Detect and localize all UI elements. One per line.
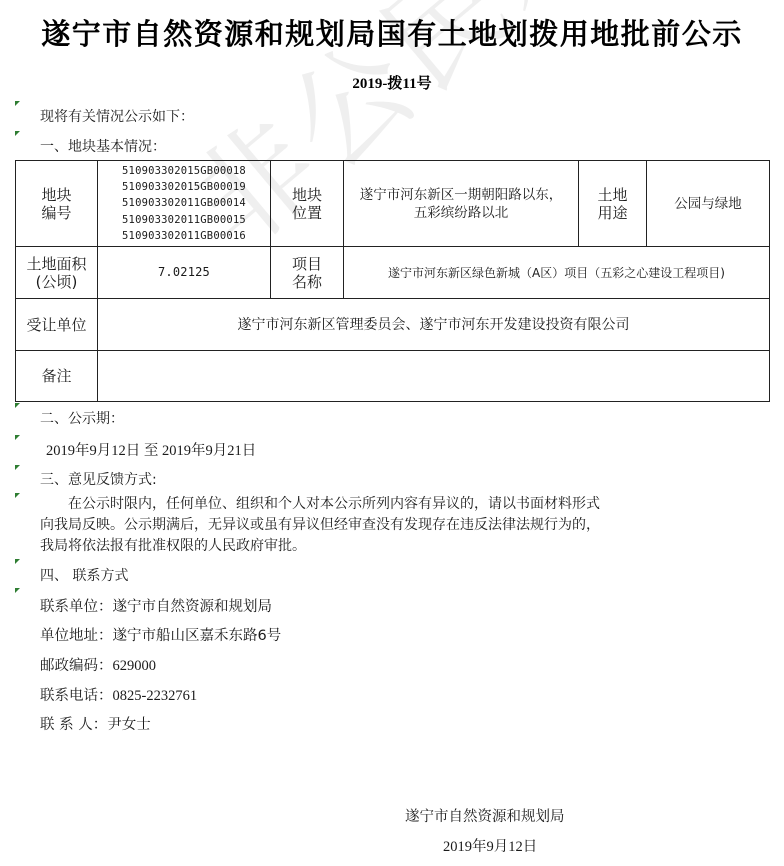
- table-row: 备注: [16, 351, 770, 402]
- contact-value: 尹女士: [107, 717, 151, 733]
- paragraph-marker-icon: [15, 493, 20, 498]
- project-name-value: 遂宁市河东新区绿色新城（A区）项目（五彩之心建设工程项目): [344, 247, 770, 299]
- parcel-number-list: 510903302015GB00018 510903302015GB00019 …: [98, 161, 271, 247]
- publicity-period: 2019年9月12日 至 2019年9月21日: [46, 439, 256, 460]
- contact-row: 联系单位：遂宁市自然资源和规划局: [40, 595, 272, 616]
- contact-value: 遂宁市船山区嘉禾东路6号: [113, 628, 282, 644]
- parcel-number: 510903302015GB00018: [98, 163, 270, 179]
- parcel-number: 510903302011GB00016: [98, 228, 270, 244]
- area-label: 土地面积 (公顷): [16, 247, 98, 299]
- contact-value: 遂宁市自然资源和规划局: [113, 599, 273, 615]
- document-title: 遂宁市自然资源和规划局国有土地划拨用地批前公示: [0, 12, 784, 53]
- section3-heading: 三、意见反馈方式:: [40, 469, 157, 489]
- contact-label: 邮政编码：: [40, 658, 113, 674]
- section1-heading: 一、地块基本情况：: [40, 136, 166, 156]
- paragraph-marker-icon: [15, 101, 20, 106]
- parcel-info-table: 地块 编号 510903302015GB00018 510903302015GB…: [15, 160, 770, 402]
- section4-heading: 四、 联系方式: [40, 565, 128, 585]
- paragraph-marker-icon: [15, 403, 20, 408]
- feedback-paragraph-line: 向我局反映。公示期满后，无异议或虽有异议但经审查没有发现存在违反法律法规行为的，: [40, 516, 600, 535]
- paragraph-marker-icon: [15, 131, 20, 136]
- parcel-number: 510903302015GB00019: [98, 179, 270, 195]
- document-number: 2019-拨11号: [0, 72, 784, 93]
- contact-value: 0825-2232761: [113, 688, 198, 704]
- paragraph-marker-icon: [15, 588, 20, 593]
- feedback-paragraph-line: 我局将依法报有批准权限的人民政府审批。: [40, 537, 306, 556]
- table-row: 地块 编号 510903302015GB00018 510903302015GB…: [16, 161, 770, 247]
- remarks-value: [98, 351, 770, 402]
- contact-row: 联 系 人：尹女士: [40, 713, 151, 734]
- parcel-number-label: 地块 编号: [16, 161, 98, 247]
- location-value: 遂宁市河东新区一期朝阳路以东， 五彩缤纷路以北: [344, 161, 579, 247]
- land-use-label: 土地 用途: [579, 161, 647, 247]
- parcel-number: 510903302011GB00015: [98, 212, 270, 228]
- feedback-paragraph-line: 在公示时限内，任何单位、组织和个人对本公示所列内容有异议的，请以书面材料形式: [68, 495, 600, 514]
- land-use-value: 公园与绿地: [647, 161, 770, 247]
- area-value: 7.02125: [98, 247, 271, 299]
- section2-heading: 二、公示期：: [40, 408, 124, 428]
- contact-row: 单位地址：遂宁市船山区嘉禾东路6号: [40, 624, 281, 645]
- intro-text: 现将有关情况公示如下：: [40, 106, 194, 126]
- contact-row: 联系电话：0825-2232761: [40, 684, 197, 705]
- contact-value: 629000: [113, 658, 157, 674]
- location-label: 地块 位置: [271, 161, 344, 247]
- contact-label: 联系单位：: [40, 599, 113, 615]
- paragraph-marker-icon: [15, 465, 20, 470]
- contact-label: 联 系 人：: [40, 717, 107, 733]
- remarks-label: 备注: [16, 351, 98, 402]
- project-name-label: 项目 名称: [271, 247, 344, 299]
- grantee-value: 遂宁市河东新区管理委员会、遂宁市河东开发建设投资有限公司: [98, 299, 770, 351]
- paragraph-marker-icon: [15, 559, 20, 564]
- parcel-number: 510903302011GB00014: [98, 195, 270, 211]
- contact-label: 联系电话：: [40, 688, 113, 704]
- contact-label: 单位地址：: [40, 628, 113, 644]
- table-row: 土地面积 (公顷) 7.02125 项目 名称 遂宁市河东新区绿色新城（A区）项…: [16, 247, 770, 299]
- paragraph-marker-icon: [15, 435, 20, 440]
- table-row: 受让单位 遂宁市河东新区管理委员会、遂宁市河东开发建设投资有限公司: [16, 299, 770, 351]
- signature-date: 2019年9月12日: [443, 835, 537, 856]
- contact-row: 邮政编码：629000: [40, 654, 156, 675]
- signature-organization: 遂宁市自然资源和规划局: [405, 805, 565, 826]
- grantee-label: 受让单位: [16, 299, 98, 351]
